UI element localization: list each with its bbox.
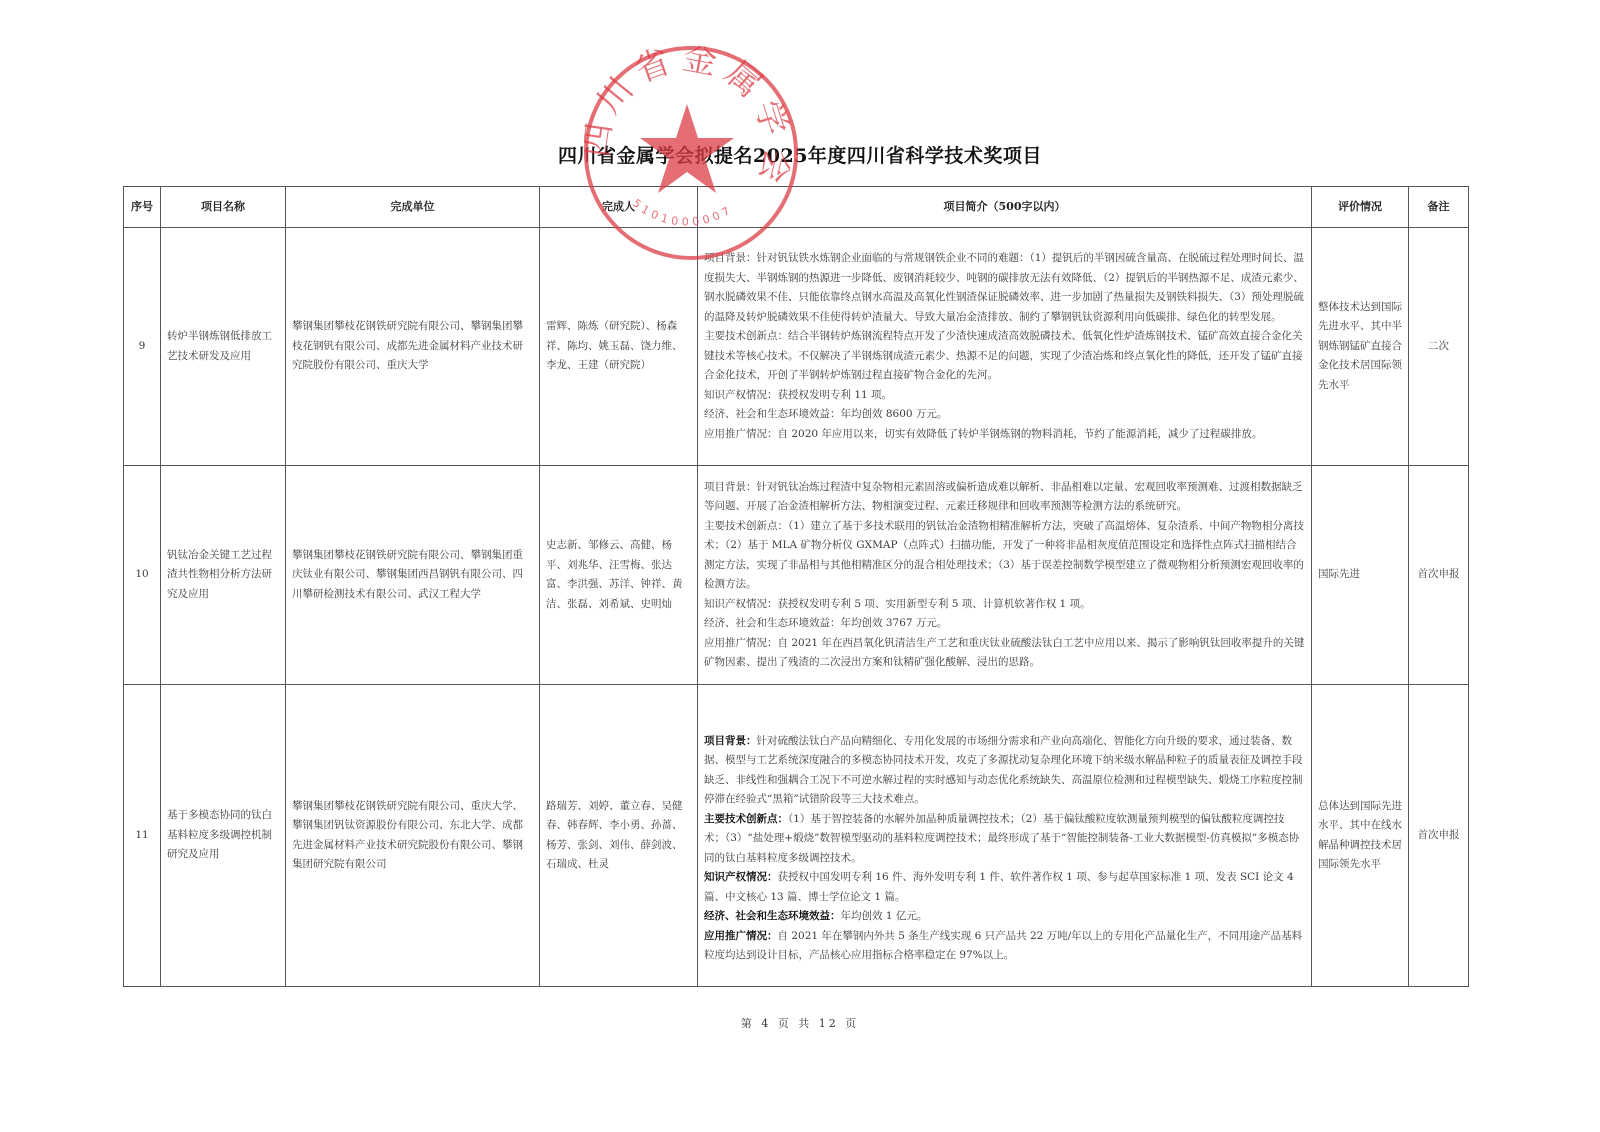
completing-units: 攀钢集团攀枝花钢铁研究院有限公司、攀钢集团攀枝花钢钒有限公司、成都先进金属材料产…: [286, 228, 540, 466]
completing-people: 路瑞芳、刘婷、董立春、吴健春、韩春辉、李小勇、孙蔷、杨芳、张剑、刘伟、薛剑波、石…: [540, 685, 698, 987]
page-title: 四川省金属学会拟提名2025年度四川省科学技术奖项目: [0, 141, 1600, 168]
row-number: 9: [124, 228, 161, 466]
summary-application: 应用推广情况：自 2021 年在西昌氧化钒清洁生产工艺和重庆钛业硫酸法钛白工艺中…: [704, 634, 1305, 673]
table-row: 11 基于多模态协同的钛白基料粒度多级调控机制研究及应用 攀钢集团攀枝花钢铁研究…: [124, 685, 1469, 987]
project-summary: 项目背景：针对钒钛铁水炼钢企业面临的与常规钢铁企业不同的难题：（1）提钒后的半钢…: [698, 228, 1312, 466]
row-number: 10: [124, 466, 161, 685]
evaluation: 整体技术达到国际先进水平、其中半钢炼钢锰矿直接合金化技术居国际领先水平: [1312, 228, 1409, 466]
completing-people: 史志新、邹修云、高健、杨平、刘兆华、汪雪梅、张达富、李洪强、苏洋、钟祥、黄洁、张…: [540, 466, 698, 685]
summary-innovation: 主要技术创新点：（1）基于智控装备的水解外加晶种质量调控技术；（2）基于偏钛酸粒…: [704, 810, 1305, 869]
summary-ip: 知识产权情况：获授权发明专利 5 项、实用新型专利 5 项、计算机软著作权 1 …: [704, 595, 1305, 615]
completing-people: 雷辉、陈炼（研究院）、杨森祥、陈均、姚玉磊、饶力维、李龙、王建（研究院）: [540, 228, 698, 466]
remark: 二次: [1409, 228, 1469, 466]
header-remark: 备注: [1409, 187, 1469, 228]
table-row: 9 转炉半钢炼钢低排放工艺技术研发及应用 攀钢集团攀枝花钢铁研究院有限公司、攀钢…: [124, 228, 1469, 466]
header-no: 序号: [124, 187, 161, 228]
summary-benefit: 经济、社会和生态环境效益：年均创效 1 亿元。: [704, 907, 1305, 927]
evaluation: 国际先进: [1312, 466, 1409, 685]
project-name: 基于多模态协同的钛白基料粒度多级调控机制研究及应用: [161, 685, 286, 987]
project-summary: 项目背景：针对硫酸法钛白产品向精细化、专用化发展的市场细分需求和产业向高端化、智…: [698, 685, 1312, 987]
project-summary: 项目背景：针对钒钛冶炼过程渣中复杂物相元素固溶或偏析造成难以解析、非晶相难以定量…: [698, 466, 1312, 685]
page-footer: 第 4 页 共 12 页: [0, 1015, 1600, 1031]
summary-background: 项目背景：针对硫酸法钛白产品向精细化、专用化发展的市场细分需求和产业向高端化、智…: [704, 732, 1305, 810]
summary-ip: 知识产权情况：获授权发明专利 11 项。: [704, 386, 1305, 406]
summary-benefit: 经济、社会和生态环境效益：年均创效 3767 万元。: [704, 614, 1305, 634]
completing-units: 攀钢集团攀枝花钢铁研究院有限公司、重庆大学、攀钢集团钒钛资源股份有限公司、东北大…: [286, 685, 540, 987]
project-name: 钒钛冶金关键工艺过程渣共性物相分析方法研究及应用: [161, 466, 286, 685]
evaluation: 总体达到国际先进水平、其中在线水解晶种调控技术居国际领先水平: [1312, 685, 1409, 987]
completing-units: 攀钢集团攀枝花钢铁研究院有限公司、攀钢集团重庆钛业有限公司、攀钢集团西昌钢钒有限…: [286, 466, 540, 685]
header-evaluation: 评价情况: [1312, 187, 1409, 228]
summary-innovation: 主要技术创新点：（1）建立了基于多技术联用的钒钛冶金渣物相精准解析方法，突破了高…: [704, 517, 1305, 595]
header-name: 项目名称: [161, 187, 286, 228]
row-number: 11: [124, 685, 161, 987]
summary-application: 应用推广情况：自 2020 年应用以来，切实有效降低了转炉半钢炼钢的物料消耗，节…: [704, 425, 1305, 445]
header-people: 完成人: [540, 187, 698, 228]
summary-innovation: 主要技术创新点：结合半钢转炉炼钢流程特点开发了少渣快速成渣高效脱磷技术、低氧化性…: [704, 327, 1305, 386]
table-row: 10 钒钛冶金关键工艺过程渣共性物相分析方法研究及应用 攀钢集团攀枝花钢铁研究院…: [124, 466, 1469, 685]
remark: 首次申报: [1409, 466, 1469, 685]
table-header-row: 序号 项目名称 完成单位 完成人 项目简介（500字以内） 评价情况 备注: [124, 187, 1469, 228]
svg-text:四川省金属学会: 四川省金属学会: [584, 46, 790, 195]
summary-application: 应用推广情况：自 2021 年在攀钢内外共 5 条生产线实现 6 只产品共 22…: [704, 927, 1305, 966]
project-name: 转炉半钢炼钢低排放工艺技术研发及应用: [161, 228, 286, 466]
header-summary: 项目简介（500字以内）: [698, 187, 1312, 228]
summary-background: 项目背景：针对钒钛冶炼过程渣中复杂物相元素固溶或偏析造成难以解析、非晶相难以定量…: [704, 478, 1305, 517]
summary-benefit: 经济、社会和生态环境效益：年均创效 8600 万元。: [704, 405, 1305, 425]
nomination-table: 序号 项目名称 完成单位 完成人 项目简介（500字以内） 评价情况 备注 9 …: [123, 186, 1469, 987]
summary-ip: 知识产权情况：获授权中国发明专利 16 件、海外发明专利 1 件、软件著作权 1…: [704, 868, 1305, 907]
remark: 首次申报: [1409, 685, 1469, 987]
summary-background: 项目背景：针对钒钛铁水炼钢企业面临的与常规钢铁企业不同的难题：（1）提钒后的半钢…: [704, 249, 1305, 327]
header-units: 完成单位: [286, 187, 540, 228]
